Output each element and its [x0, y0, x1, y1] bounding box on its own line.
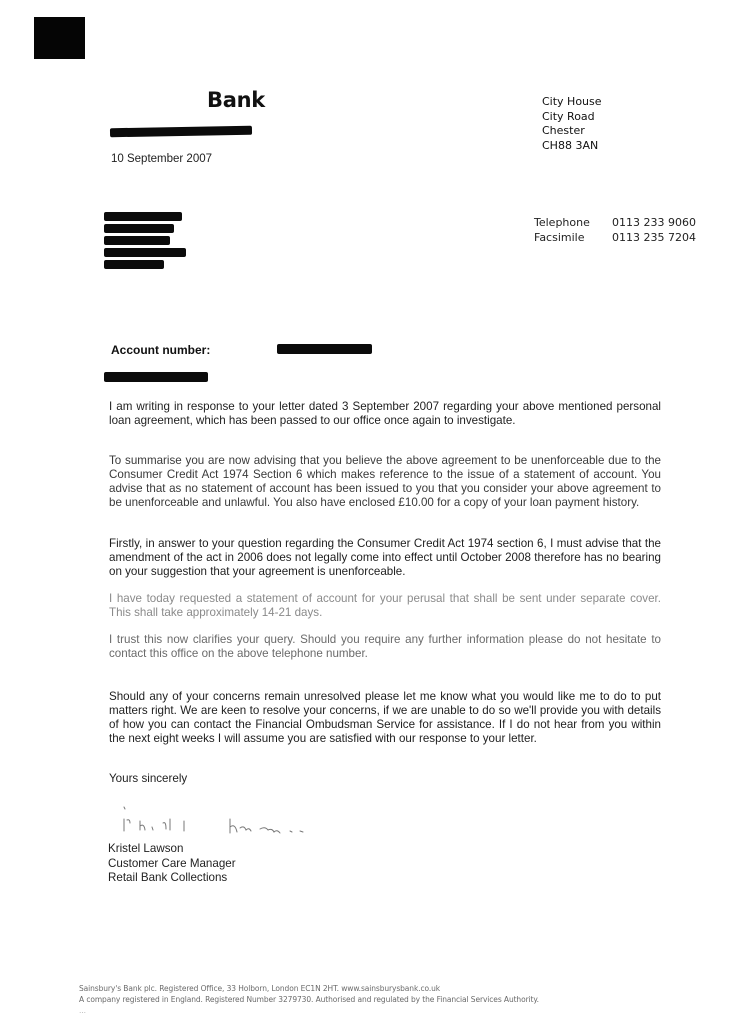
- letter-date: 10 September 2007: [111, 153, 212, 165]
- signer-title: Customer Care Manager: [108, 857, 236, 872]
- contact-details: Telephone 0113 233 9060 Facsimile 0113 2…: [534, 215, 696, 245]
- redacted-recipient-address: [104, 212, 184, 272]
- paragraph: I trust this now clarifies your query. S…: [109, 633, 661, 661]
- paragraph: I have today requested a statement of ac…: [109, 592, 661, 620]
- telephone-label: Telephone: [534, 215, 612, 230]
- signer-block: Kristel Lawson Customer Care Manager Ret…: [108, 842, 236, 886]
- footer-line: A company registered in England. Registe…: [79, 994, 539, 1005]
- facsimile-row: Facsimile 0113 235 7204: [534, 230, 696, 245]
- handwritten-signature: [120, 805, 320, 845]
- redacted-logo: [34, 17, 85, 59]
- footer-line: ...: [79, 1005, 539, 1016]
- signer-name: Kristel Lawson: [108, 842, 236, 857]
- bank-address: City House City Road Chester CH88 3AN: [542, 95, 602, 153]
- paragraph: Should any of your concerns remain unres…: [109, 690, 661, 746]
- address-line: City Road: [542, 110, 602, 125]
- bank-name: Bank: [207, 88, 265, 112]
- account-number-label: Account number:: [111, 343, 210, 357]
- footer-line: Sainsbury's Bank plc. Registered Office,…: [79, 983, 539, 994]
- paragraph: Firstly, in answer to your question rega…: [109, 537, 661, 579]
- address-line: City House: [542, 95, 602, 110]
- paragraph: To summarise you are now advising that y…: [109, 454, 661, 510]
- paragraph: I am writing in response to your letter …: [109, 400, 661, 428]
- telephone-number: 0113 233 9060: [612, 215, 696, 230]
- address-line: CH88 3AN: [542, 139, 602, 154]
- facsimile-label: Facsimile: [534, 230, 612, 245]
- telephone-row: Telephone 0113 233 9060: [534, 215, 696, 230]
- redacted-salutation: [104, 372, 208, 382]
- facsimile-number: 0113 235 7204: [612, 230, 696, 245]
- closing: Yours sincerely: [109, 772, 187, 785]
- footer: Sainsbury's Bank plc. Registered Office,…: [79, 983, 539, 1016]
- address-line: Chester: [542, 124, 602, 139]
- redacted-account-number: [277, 344, 372, 354]
- redacted-reference: [110, 126, 252, 137]
- signer-department: Retail Bank Collections: [108, 871, 236, 886]
